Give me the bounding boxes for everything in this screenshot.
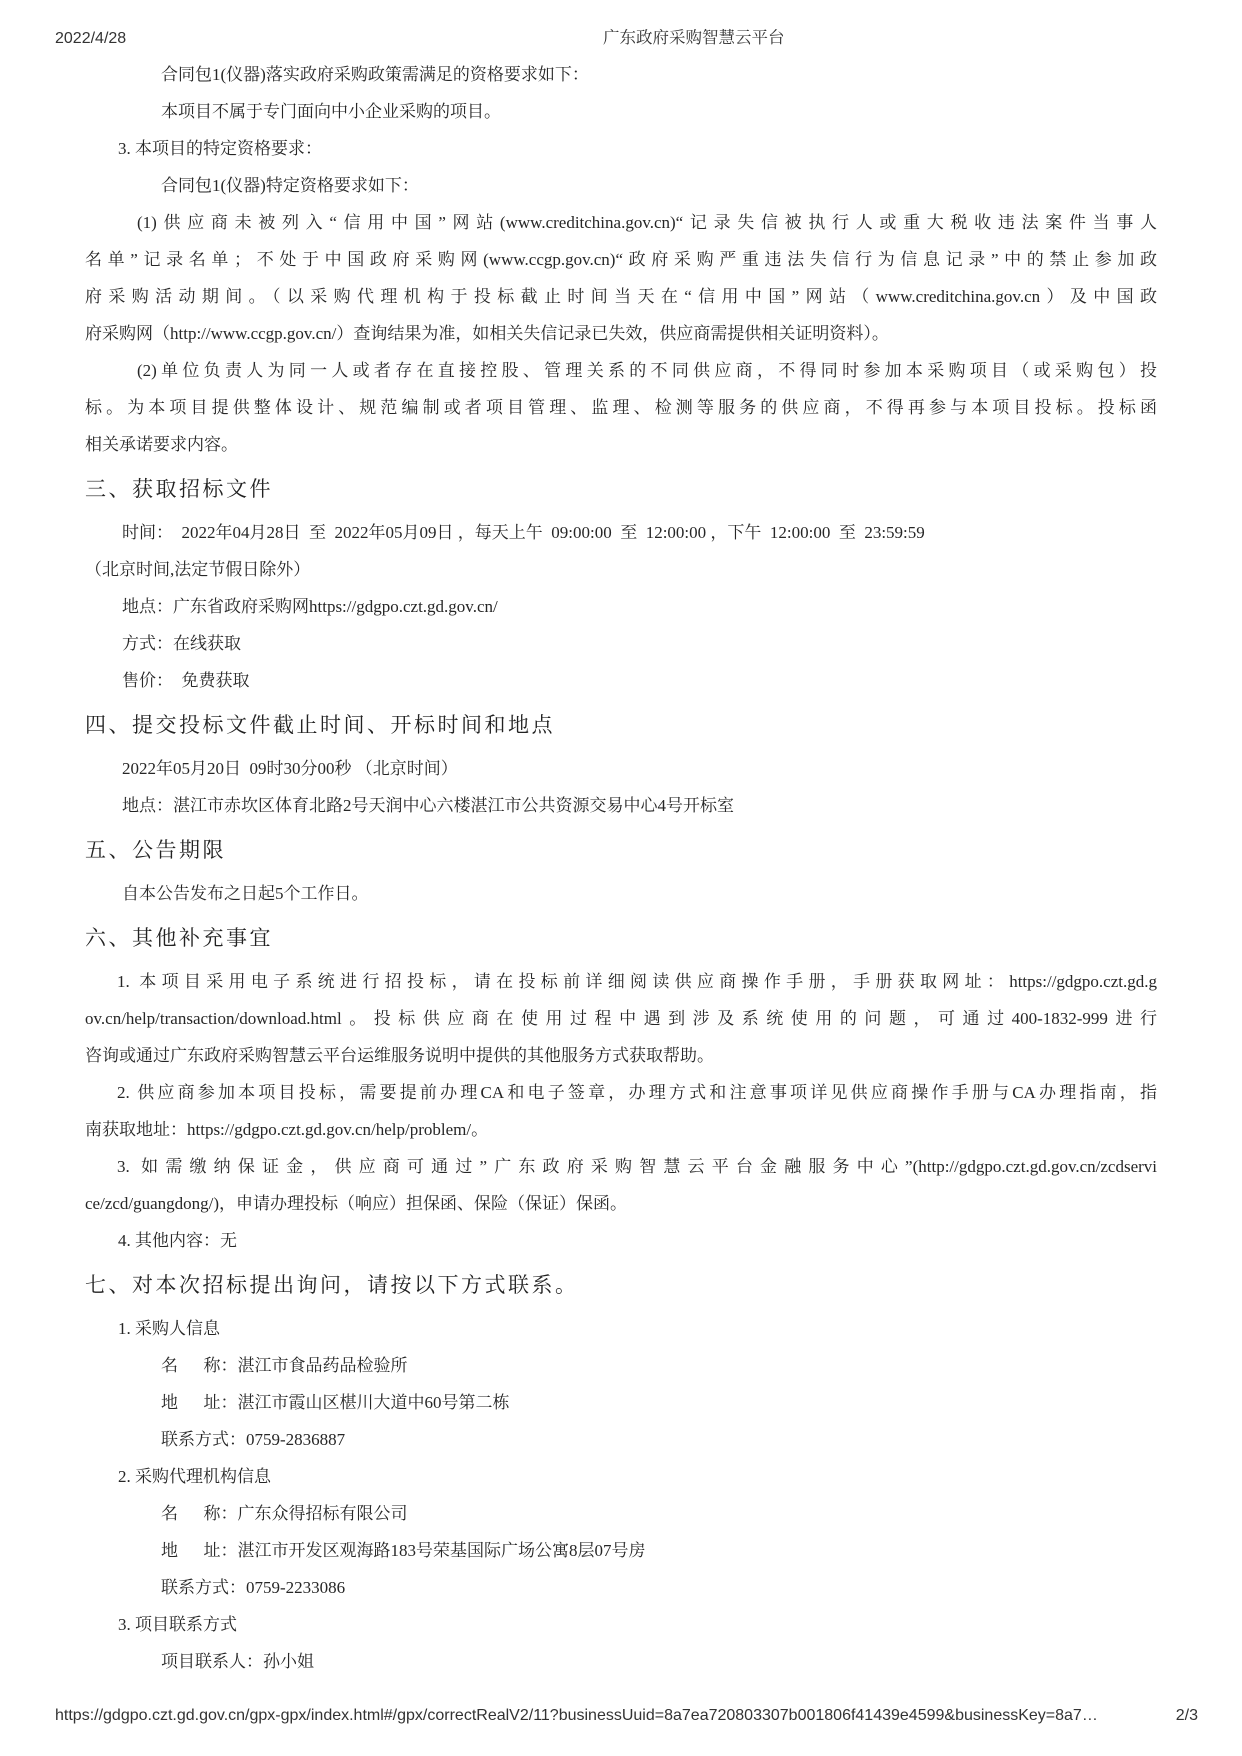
credit-china-paragraph: (1)供应商未被列入“信用中国”网站(www.creditchina.gov.c… [85, 204, 1157, 352]
print-footer-url: https://gdgpo.czt.gd.gov.cn/gpx-gpx/inde… [55, 1706, 1098, 1725]
paragraph-line: ce/zcd/guangdong/)，申请办理投标（响应）担保函、保险（保证）保… [85, 1185, 1157, 1222]
section-heading-other-matters: 六、其他补充事宜 [85, 920, 1157, 957]
paragraph-line: 府采购活动期间。（以采购代理机构于投标截止时间当天在“信用中国”网站（www.c… [85, 278, 1157, 315]
purchaser-contact-line: 联系方式：0759-2836887 [85, 1421, 1157, 1458]
paragraph-line: ov.cn/help/transaction/download.html。投标供… [85, 1000, 1157, 1037]
paragraph-line: 3. 如需缴纳保证金，供应商可通过”广东政府采购智慧云平台金融服务中心”(htt… [85, 1148, 1157, 1185]
package-qualification-line: 合同包1(仪器)特定资格要求如下： [85, 167, 1157, 204]
section-heading-announcement-period: 五、公告期限 [85, 832, 1157, 869]
section-heading-obtain-documents: 三、获取招标文件 [85, 471, 1157, 508]
paragraph-line: 咨询或通过广东政府采购智慧云平台运维服务说明中提供的其他服务方式获取帮助。 [85, 1037, 1157, 1074]
paragraph-line: 2. 供应商参加本项目投标，需要提前办理CA和电子签章，办理方式和注意事项详见供… [85, 1074, 1157, 1111]
announcement-period-line: 自本公告发布之日起5个工作日。 [85, 875, 1157, 912]
print-header-date: 2022/4/28 [55, 29, 126, 48]
obtain-time-line: 时间： 2022年04月28日 至 2022年05月09日 ，每天上午 09:0… [85, 514, 1157, 551]
e-bidding-paragraph: 1. 本项目采用电子系统进行招投标，请在投标前详细阅读供应商操作手册，手册获取网… [85, 963, 1157, 1074]
project-contact-label: 3. 项目联系方式 [85, 1606, 1157, 1643]
section-heading-contact: 七、对本次招标提出询问，请按以下方式联系。 [85, 1267, 1157, 1304]
obtain-location-line: 地点：广东省政府采购网https://gdgpo.czt.gd.gov.cn/ [85, 588, 1157, 625]
project-contact-line: 项目联系人：孙小姐 [85, 1643, 1157, 1680]
print-preview-page: 2022/4/28 广东政府采购智慧云平台 合同包1(仪器)落实政府采购政策需满… [0, 0, 1242, 1756]
paragraph-line: 名单”记录名单；不处于中国政府采购网(www.ccgp.gov.cn)“政府采购… [85, 241, 1157, 278]
obtain-method-line: 方式：在线获取 [85, 625, 1157, 662]
section-heading-deadline-opening: 四、提交投标文件截止时间、开标时间和地点 [85, 707, 1157, 744]
paragraph-line: (2)单位负责人为同一人或者存在直接控股、管理关系的不同供应商，不得同时参加本采… [85, 352, 1157, 389]
paragraph-line: 府采购网（http://www.ccgp.gov.cn/）查询结果为准，如相关失… [85, 315, 1157, 352]
purchaser-info-label: 1. 采购人信息 [85, 1310, 1157, 1347]
paragraph-line: 1. 本项目采用电子系统进行招投标，请在投标前详细阅读供应商操作手册，手册获取网… [85, 963, 1157, 1000]
obtain-time-note-line: （北京时间,法定节假日除外） [85, 551, 1157, 588]
same-legal-person-paragraph: (2)单位负责人为同一人或者存在直接控股、管理关系的不同供应商，不得同时参加本采… [85, 352, 1157, 463]
purchaser-address-line: 地 址：湛江市霞山区椹川大道中60号第二栋 [85, 1384, 1157, 1421]
paragraph-line: 相关承诺要求内容。 [85, 426, 1157, 463]
paragraph-line: (1)供应商未被列入“信用中国”网站(www.creditchina.gov.c… [85, 204, 1157, 241]
bid-deadline-line: 2022年05月20日 09时30分00秒 （北京时间） [85, 750, 1157, 787]
agency-contact-line: 联系方式：0759-2233086 [85, 1569, 1157, 1606]
ca-signature-paragraph: 2. 供应商参加本项目投标，需要提前办理CA和电子签章，办理方式和注意事项详见供… [85, 1074, 1157, 1148]
paragraph-line: 标。为本项目提供整体设计、规范编制或者项目管理、监理、检测等服务的供应商，不得再… [85, 389, 1157, 426]
agency-info-label: 2. 采购代理机构信息 [85, 1458, 1157, 1495]
agency-address-line: 地 址：湛江市开发区观海路183号荣基国际广场公寓8层07号房 [85, 1532, 1157, 1569]
agency-name-line: 名 称：广东众得招标有限公司 [85, 1495, 1157, 1532]
purchaser-name-line: 名 称：湛江市食品药品检验所 [85, 1347, 1157, 1384]
other-content-line: 4. 其他内容：无 [85, 1222, 1157, 1259]
sme-note-line: 本项目不属于专门面向中小企业采购的项目。 [85, 93, 1157, 130]
print-footer-page-number: 2/3 [1176, 1706, 1198, 1725]
deposit-guarantee-paragraph: 3. 如需缴纳保证金，供应商可通过”广东政府采购智慧云平台金融服务中心”(htt… [85, 1148, 1157, 1222]
obtain-price-line: 售价： 免费获取 [85, 662, 1157, 699]
bid-opening-location-line: 地点：湛江市赤坎区体育北路2号天润中心六楼湛江市公共资源交易中心4号开标室 [85, 787, 1157, 824]
specific-qualification-item: 3. 本项目的特定资格要求： [85, 130, 1157, 167]
print-header-title: 广东政府采购智慧云平台 [603, 29, 785, 48]
document-content: 合同包1(仪器)落实政府采购政策需满足的资格要求如下： 本项目不属于专门面向中小… [85, 56, 1157, 1680]
qualification-intro-line: 合同包1(仪器)落实政府采购政策需满足的资格要求如下： [85, 56, 1157, 93]
paragraph-line: 南获取地址：https://gdgpo.czt.gd.gov.cn/help/p… [85, 1111, 1157, 1148]
